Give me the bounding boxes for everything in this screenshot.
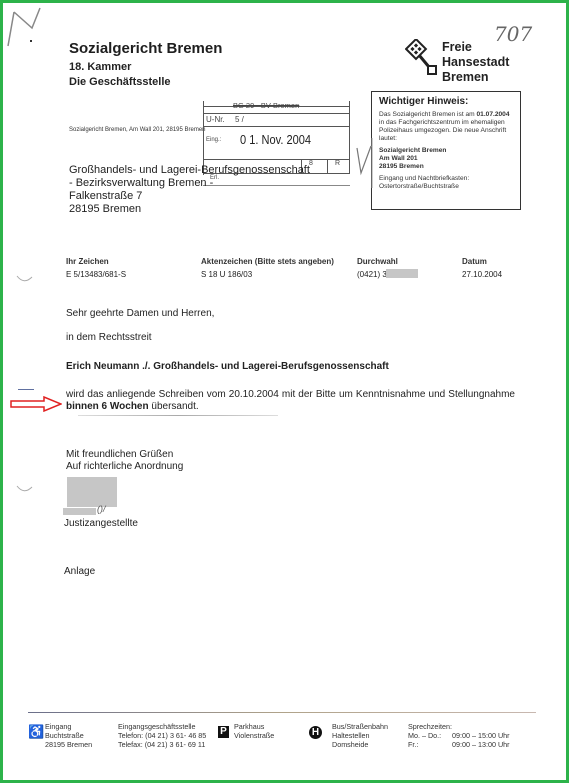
footer-line: Haltestellen: [332, 731, 388, 740]
parking-icon: P: [218, 726, 229, 738]
closing-order: Auf richterliche Anordnung: [66, 461, 183, 473]
footer-line: Violenstraße: [234, 731, 274, 740]
phone-label: Durchwahl: [357, 257, 398, 266]
hours-row: Mo. – Do.:09:00 – 15:00 Uhr: [408, 731, 538, 740]
notice-text: in das Fachgerichtszentrum im ehemaligen…: [379, 119, 506, 142]
hours-day: Fr.:: [408, 740, 452, 749]
case-title: Erich Neumann ./. Großhandels- und Lager…: [66, 361, 389, 373]
hours-time: 09:00 – 13:00 Uhr: [452, 740, 510, 749]
deadline: binnen 6 Wochen: [66, 401, 149, 412]
closing: Mit freundlichen Grüßen: [66, 449, 173, 461]
stamp-date: 0 1. Nov. 2004: [240, 132, 311, 147]
brand-line2: Hansestadt: [442, 55, 509, 70]
hours-time: 09:00 – 15:00 Uhr: [452, 731, 510, 740]
redacted-phone: [386, 269, 418, 278]
brand-line3: Bremen: [442, 70, 489, 85]
notice-address: Sozialgericht Bremen Am Wall 201 28195 B…: [379, 147, 513, 171]
dot-mark: [30, 40, 32, 42]
footer-line: Eingang: [45, 722, 92, 731]
your-ref-label: Ihr Zeichen: [66, 257, 109, 266]
stamp-cell-b: R: [335, 160, 340, 167]
hours-label: Sprechzeiten:: [408, 722, 538, 731]
recipient-line: - Bezirksverwaltung Bremen -: [69, 177, 310, 190]
recipient-line: 28195 Bremen: [69, 203, 310, 216]
footer-divider: [28, 712, 536, 713]
stamp-unr-value: 5 /: [235, 115, 244, 124]
footer-line: Domsheide: [332, 740, 388, 749]
salutation: Sehr geehrte Damen und Herren,: [66, 308, 214, 320]
court-name: Sozialgericht Bremen: [69, 40, 222, 57]
red-arrow-icon: [10, 396, 62, 412]
notice-addr-line: Sozialgericht Bremen: [379, 147, 513, 155]
footer-line: Eingangsgeschäftsstelle: [118, 722, 206, 731]
handwritten-number: 707: [494, 22, 532, 46]
stamp-eing-label: Eing.:: [206, 137, 221, 143]
footer-line: Parkhaus: [234, 722, 274, 731]
return-address: Sozialgericht Bremen, Am Wall 201, 28195…: [69, 127, 206, 133]
footer-line: Buchtstraße: [45, 731, 92, 740]
notice-date: 01.07.2004: [477, 111, 510, 118]
body-text: übersandt.: [151, 401, 198, 412]
signer-title: Justizangestellte: [64, 518, 138, 530]
wheelchair-icon: ♿: [28, 724, 44, 740]
brand-line1: Freie: [442, 40, 472, 55]
stamp-unr-label: U-Nr.: [206, 115, 225, 124]
handwritten-check: [355, 138, 375, 188]
bremen-key-logo-icon: [405, 39, 437, 79]
notice-addr-line: Am Wall 201: [379, 155, 513, 163]
date-value: 27.10.2004: [462, 270, 502, 279]
office: Die Geschäftsstelle: [69, 76, 171, 88]
body-text: wird das anliegende Schreiben vom 20.10.…: [66, 389, 515, 400]
hole-punch-mark: [16, 273, 34, 285]
hours-row: Fr.:09:00 – 13:00 Uhr: [408, 740, 538, 749]
attachment: Anlage: [64, 566, 95, 578]
scan-line: [78, 415, 278, 416]
margin-mark: [18, 389, 34, 390]
notice-title: Wichtiger Hinweis:: [379, 96, 513, 107]
footer-line: Bus/Straßenbahn: [332, 722, 388, 731]
redacted-name: [63, 508, 96, 515]
signature-scribble: ()/: [97, 504, 106, 514]
footer-line: 28195 Bremen: [45, 740, 92, 749]
footer-hours: Sprechzeiten: Mo. – Do.:09:00 – 15:00 Uh…: [408, 722, 538, 749]
chamber: 18. Kammer: [69, 61, 131, 73]
recipient-address: Großhandels- und Lagerei-Berufsgenossens…: [69, 164, 310, 216]
your-ref-value: E 5/13483/681-S: [66, 270, 126, 279]
hours-day: Mo. – Do.:: [408, 731, 452, 740]
case-number-label: Aktenzeichen (Bitte stets angeben): [201, 257, 334, 266]
notice-addr-line: 28195 Bremen: [379, 163, 513, 171]
footer-transit: Bus/Straßenbahn Haltestellen Domsheide: [332, 722, 388, 749]
footer-entrance: Eingang Buchtstraße 28195 Bremen: [45, 722, 92, 749]
letter-body: wird das anliegende Schreiben vom 20.10.…: [66, 389, 515, 413]
notice-para3: Eingang und Nachtbriefkasten: Ostertorst…: [379, 175, 513, 191]
date-label: Datum: [462, 257, 487, 266]
important-notice: Wichtiger Hinweis: Das Sozialgericht Bre…: [371, 91, 521, 210]
footer-parking: Parkhaus Violenstraße: [234, 722, 274, 740]
footer-office: Eingangsgeschäftsstelle Telefon: (04 21)…: [118, 722, 206, 749]
notice-para1: Das Sozialgericht Bremen ist am 01.07.20…: [379, 111, 513, 143]
redacted-signature: [67, 477, 117, 507]
recipient-line: Falkenstraße 7: [69, 190, 310, 203]
case-number-value: S 18 U 186/03: [201, 270, 252, 279]
intro: in dem Rechtsstreit: [66, 332, 152, 344]
notice-text: Das Sozialgericht Bremen ist am: [379, 111, 475, 118]
footer-line: Telefon: (04 21) 3 61- 46 85: [118, 731, 206, 740]
stamp-top: BG 29 - BV Bremen: [233, 101, 299, 110]
recipient-line: Großhandels- und Lagerei-Berufsgenossens…: [69, 164, 310, 177]
bus-stop-icon: H: [309, 726, 322, 739]
hole-punch-mark: [16, 483, 34, 495]
handwritten-mark: [4, 6, 44, 51]
footer-line: Telefax: (04 21) 3 61- 69 11: [118, 740, 206, 749]
